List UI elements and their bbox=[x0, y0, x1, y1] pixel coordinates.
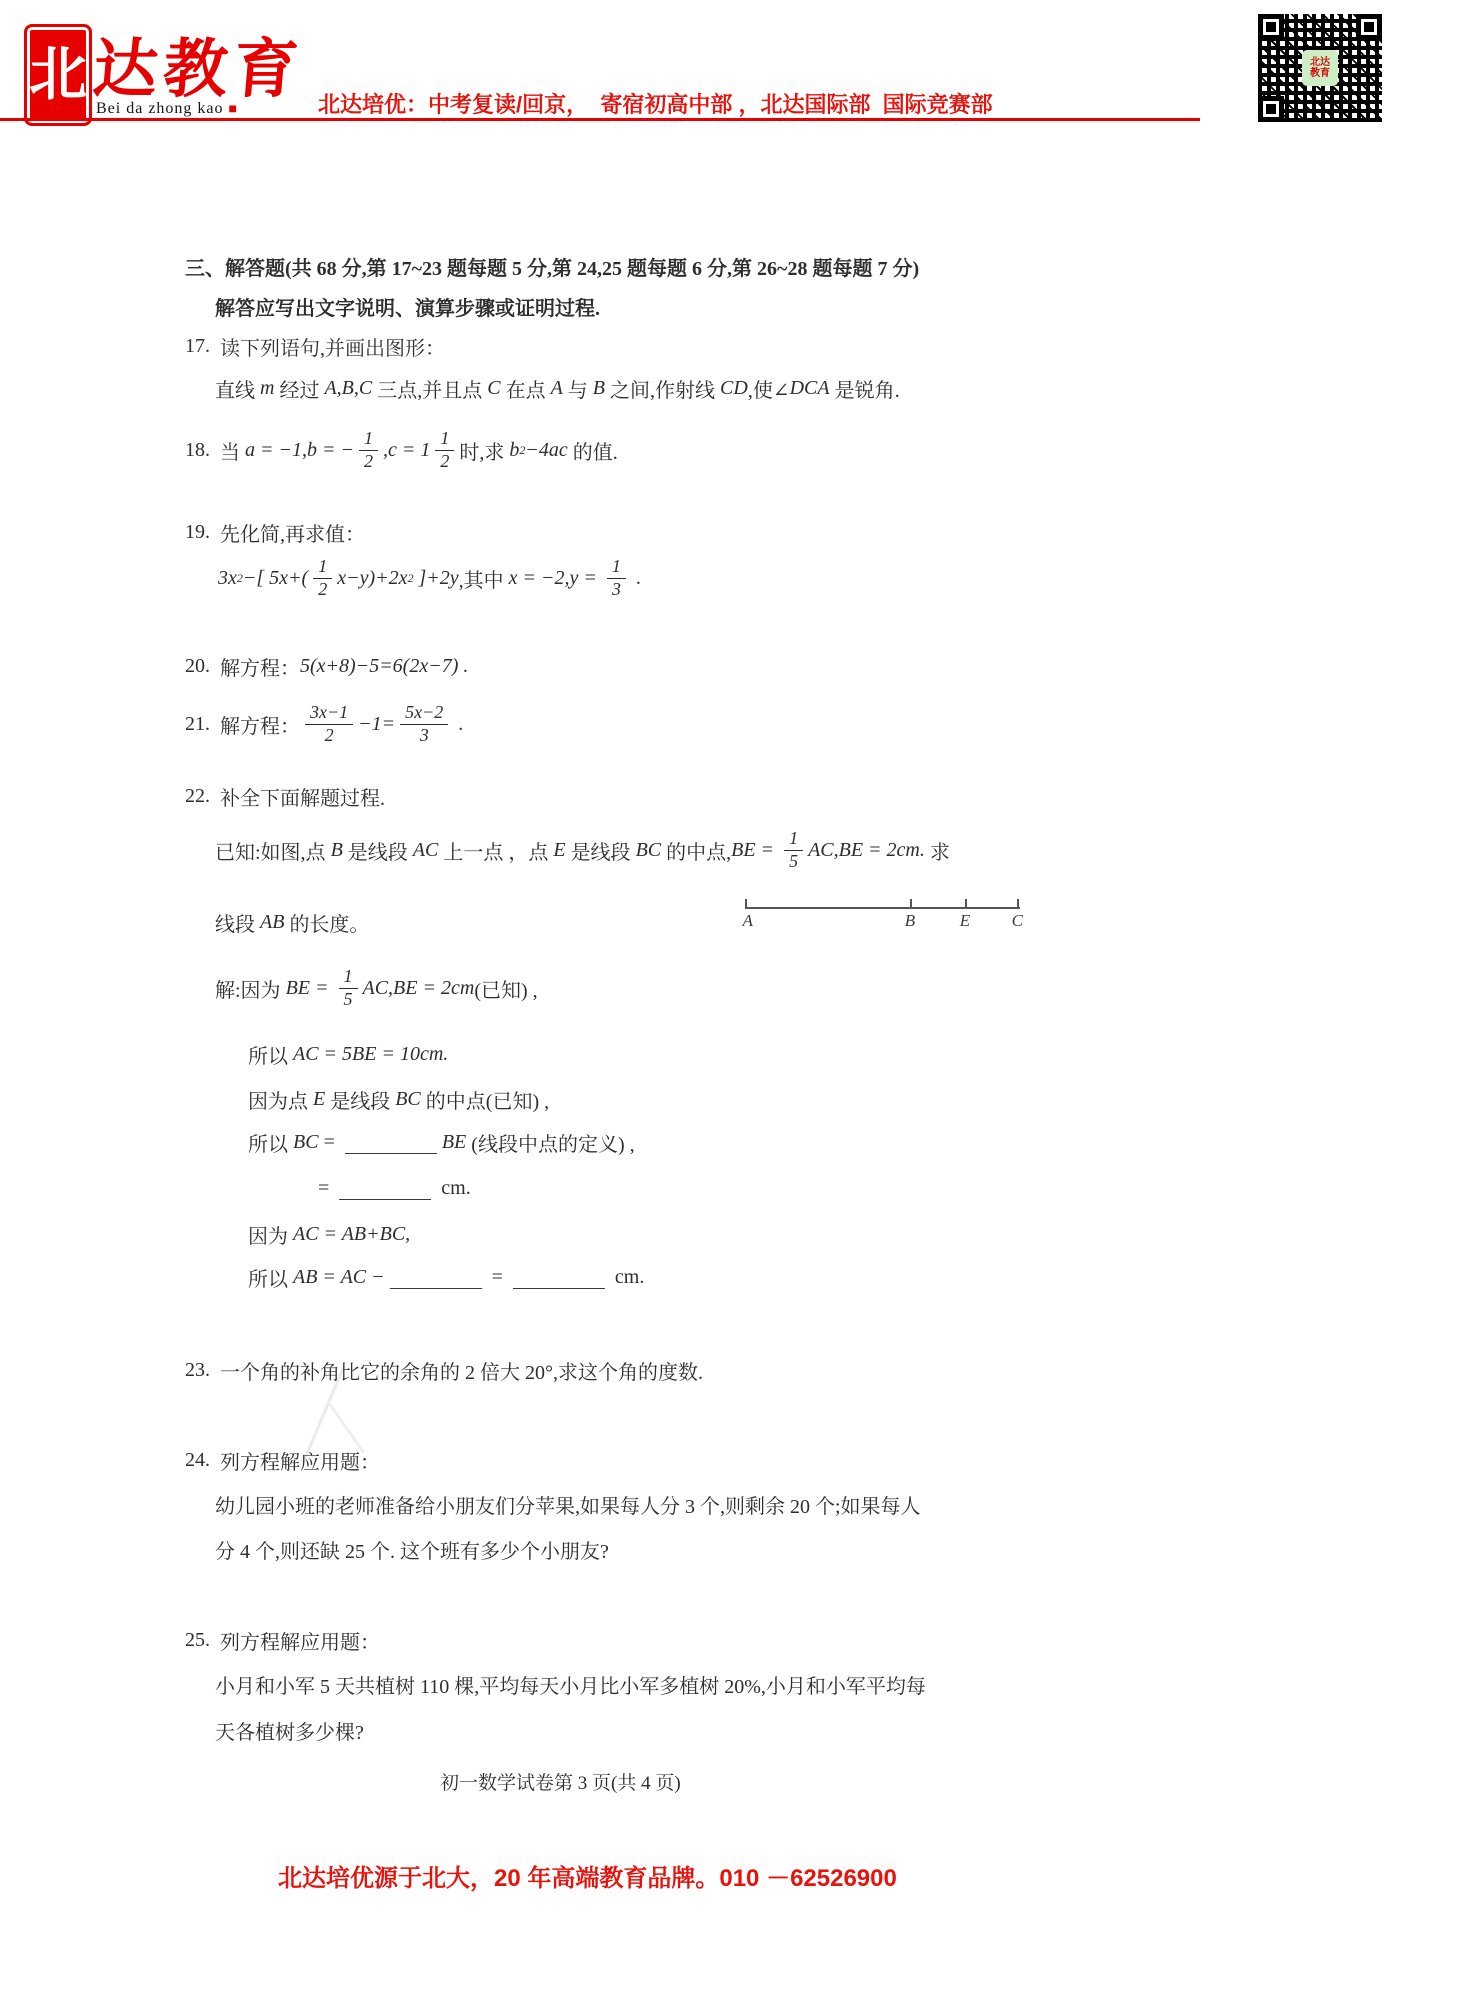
question-22-intro: 22. 补全下面解题过程. bbox=[185, 782, 385, 811]
header-divider bbox=[0, 118, 1200, 121]
q22-intro-text: 补全下面解题过程. bbox=[220, 782, 385, 811]
q17-intro-text: 读下列语句,并画出图形： bbox=[220, 332, 445, 361]
q19-math: 3x bbox=[218, 567, 237, 590]
brand-subtitle: Bei da zhong kao ■ bbox=[96, 100, 238, 118]
question-24-intro: 24. 列方程解应用题： bbox=[185, 1446, 380, 1475]
q19-text: . bbox=[631, 567, 641, 590]
q20-equation: 5(x+8)−5=6(2x−7) . bbox=[300, 655, 468, 678]
q25-intro-text: 列方程解应用题： bbox=[220, 1626, 380, 1655]
q22-sol-math: BC bbox=[293, 1131, 319, 1154]
q19-text: ,其中 bbox=[459, 564, 509, 593]
tick-B bbox=[910, 899, 912, 909]
brand-seal-logo: 北 bbox=[24, 24, 92, 126]
header-slogan: 北达培优：中考复读/回京， 寄宿初高中部 ，北达国际部 国际竞赛部 bbox=[318, 88, 993, 119]
q18-math: −4ac bbox=[525, 439, 567, 462]
q25-body-text: 天各植树多少棵? bbox=[215, 1716, 364, 1745]
q22-sol-math: AB = AC − bbox=[293, 1266, 385, 1289]
question-20: 20. 解方程： 5(x+8)−5=6(2x−7) . bbox=[185, 652, 468, 681]
q22-sol-math: AC,BE = 2cm bbox=[363, 977, 475, 1000]
qr-center-line1: 北达 bbox=[1310, 57, 1330, 69]
q19-fraction-1: 12 bbox=[313, 556, 332, 600]
qr-center-logo: 北达 教育 bbox=[1302, 50, 1338, 86]
question-24-line1: 幼儿园小班的老师准备给小朋友们分苹果,如果每人分 3 个,则剩余 20 个;如果… bbox=[215, 1490, 921, 1519]
brand-subtitle-text: Bei da zhong kao bbox=[96, 100, 229, 117]
q22-sfrac-num: 1 bbox=[339, 966, 358, 989]
q18-math: a = −1,b = − bbox=[245, 439, 354, 462]
q22-sol-math: E bbox=[313, 1088, 325, 1111]
q18-frac1-den: 2 bbox=[359, 451, 378, 473]
q21-text: . bbox=[453, 713, 463, 736]
q22-seg: 求 bbox=[925, 836, 950, 865]
question-18: 18. 当 a = −1,b = − 12 ,c = 1 12 时,求 b2−4… bbox=[185, 428, 618, 472]
q22-var: AC bbox=[808, 839, 834, 862]
q22-gfrac-den: 5 bbox=[784, 851, 803, 873]
q17-seg: ,使∠ bbox=[748, 374, 790, 403]
q22-sol-math: BE = bbox=[286, 977, 334, 1000]
question-19-formula: 3x2−[ 5x+( 12 x−y)+2x2 ]+2y ,其中 x = −2,y… bbox=[218, 556, 641, 600]
qr-center-line2: 教育 bbox=[1310, 68, 1330, 80]
q24-intro-text: 列方程解应用题： bbox=[220, 1446, 380, 1475]
q22-gfrac-num: 1 bbox=[784, 828, 803, 851]
tick-E bbox=[965, 899, 967, 909]
q22-var: B bbox=[331, 839, 343, 862]
q19-frac1-den: 2 bbox=[313, 579, 332, 601]
question-24-line2: 分 4 个,则还缺 25 个. 这个班有多少个小朋友? bbox=[215, 1535, 609, 1564]
q22-sol-text: 因为点 bbox=[248, 1085, 313, 1114]
question-25-line2: 天各植树多少棵? bbox=[215, 1716, 364, 1745]
q22-sol-text: (线段中点的定义) , bbox=[466, 1128, 634, 1157]
brand-subtitle-bullet: ■ bbox=[229, 102, 238, 117]
q17-number: 17. bbox=[185, 335, 210, 358]
q21-frac1-num: 3x−1 bbox=[305, 702, 353, 725]
q22-sol-text: 所以 bbox=[248, 1128, 293, 1157]
q24-body-text: 幼儿园小班的老师准备给小朋友们分苹果,如果每人分 3 个,则剩余 20 个;如果… bbox=[215, 1490, 921, 1519]
q22-sol-fraction: 15 bbox=[339, 966, 358, 1010]
q22-solution-line4: 所以 BC = BE (线段中点的定义) , bbox=[248, 1128, 635, 1157]
q25-number: 25. bbox=[185, 1629, 210, 1652]
q23-number: 23. bbox=[185, 1359, 210, 1382]
q19-intro-text: 先化简,再求值： bbox=[220, 518, 365, 547]
q19-frac1-num: 1 bbox=[313, 556, 332, 579]
q19-frac2-num: 1 bbox=[607, 556, 626, 579]
section-title-text: 三、解答题(共 68 分,第 17~23 题每题 5 分,第 24,25 题每题… bbox=[185, 252, 919, 281]
label-E: E bbox=[960, 911, 970, 931]
fill-in-blank bbox=[345, 1132, 437, 1154]
qr-finder-top-right bbox=[1356, 14, 1382, 40]
q22-given-fraction: 15 bbox=[784, 828, 803, 872]
question-22-given: 已知:如图,点 B 是线段 AC 上一点 ，点 E 是线段 BC 的中点,BE … bbox=[215, 828, 950, 872]
q19-math: −[ 5x+( bbox=[243, 567, 308, 590]
q17-seg: 三点,并且点 bbox=[372, 374, 487, 403]
q22-seg: 上一点 ，点 bbox=[438, 836, 553, 865]
q22-sol-text: (已知) , bbox=[474, 974, 537, 1003]
section-note-text: 解答应写出文字说明、演算步骤或证明过程. bbox=[215, 292, 600, 321]
q22-seg: 的长度。 bbox=[284, 908, 369, 937]
q22-sol-text: cm. bbox=[436, 1177, 470, 1200]
brand-seal-character: 北 bbox=[29, 46, 87, 104]
fill-in-blank bbox=[339, 1178, 431, 1200]
q22-sol-math: BE bbox=[442, 1131, 466, 1154]
q22-seg: 已知:如图,点 bbox=[215, 836, 331, 865]
q18-text: 时,求 bbox=[459, 436, 509, 465]
q20-number: 20. bbox=[185, 655, 210, 678]
q24-body-text: 分 4 个,则还缺 25 个. 这个班有多少个小朋友? bbox=[215, 1535, 609, 1564]
q22-number: 22. bbox=[185, 785, 210, 808]
q19-math: x−y)+2x bbox=[337, 567, 407, 590]
q19-fraction-2: 13 bbox=[607, 556, 626, 600]
tick-C bbox=[1017, 899, 1019, 909]
q22-solution-line7: 所以 AB = AC − = cm. bbox=[248, 1263, 644, 1292]
q18-fraction-2: 12 bbox=[435, 428, 454, 472]
q22-sol-text: cm. bbox=[610, 1266, 644, 1289]
q25-body-text: 小月和小军 5 天共植树 110 棵,平均每天小月比小军多植树 20%,小月和小… bbox=[215, 1670, 926, 1699]
q17-seg: 直线 bbox=[215, 374, 260, 403]
page-number-info: 初一数学试卷第 3 页(共 4 页) bbox=[440, 1768, 681, 1795]
q22-seg: 的中点, bbox=[661, 836, 731, 865]
tick-A bbox=[745, 899, 747, 909]
q22-sol-text: = bbox=[318, 1177, 334, 1200]
q22-sol-text: 解:因为 bbox=[215, 974, 286, 1003]
q22-solution-line3: 因为点 E 是线段 BC 的中点(已知) , bbox=[248, 1085, 549, 1114]
segment-figure: A B E C bbox=[745, 893, 1020, 935]
qr-code: 北达 教育 bbox=[1256, 12, 1384, 124]
exam-page: 北 达教育 Bei da zhong kao ■ 北达培优：中考复读/回京， 寄… bbox=[0, 0, 1476, 2008]
q22-sol-text: = bbox=[319, 1131, 340, 1154]
question-25-intro: 25. 列方程解应用题： bbox=[185, 1626, 380, 1655]
q17-var: A,B,C bbox=[324, 377, 372, 400]
q22-var: AB bbox=[260, 911, 284, 934]
q18-math: ,c = 1 bbox=[383, 439, 430, 462]
q24-number: 24. bbox=[185, 1449, 210, 1472]
question-22-given-line2: 线段 AB 的长度。 bbox=[215, 908, 369, 937]
q20-label: 解方程： bbox=[220, 652, 300, 681]
q21-math: −1= bbox=[358, 713, 395, 736]
q22-math: ,BE = 2cm. bbox=[834, 839, 925, 862]
q18-frac1-num: 1 bbox=[359, 428, 378, 451]
q22-solution-line6: 因为 AC = AB+BC, bbox=[248, 1220, 410, 1249]
q21-fraction-1: 3x−12 bbox=[305, 702, 353, 746]
q17-seg: 经过 bbox=[274, 374, 324, 403]
section-title: 三、解答题(共 68 分,第 17~23 题每题 5 分,第 24,25 题每题… bbox=[185, 252, 919, 281]
q18-frac2-den: 2 bbox=[435, 451, 454, 473]
q22-solution-line2: 所以 AC = 5BE = 10cm. bbox=[248, 1040, 448, 1069]
q21-number: 21. bbox=[185, 713, 210, 736]
question-19-intro: 19. 先化简,再求值： bbox=[185, 518, 365, 547]
q17-seg: 是锐角. bbox=[830, 374, 900, 403]
q18-number: 18. bbox=[185, 439, 210, 462]
q22-sol-math: AC = 5BE = 10cm. bbox=[293, 1043, 448, 1066]
q22-seg: 是线段 bbox=[566, 836, 636, 865]
q19-math: x = −2,y = bbox=[509, 567, 602, 590]
q19-number: 19. bbox=[185, 521, 210, 544]
segment-line bbox=[745, 907, 1020, 909]
fill-in-blank bbox=[513, 1267, 605, 1289]
q18-text: 的值. bbox=[568, 436, 618, 465]
question-21: 21. 解方程： 3x−12 −1= 5x−23 . bbox=[185, 702, 463, 746]
q22-sol-text: 所以 bbox=[248, 1263, 293, 1292]
q18-math: b bbox=[509, 439, 519, 462]
q17-var: CD bbox=[720, 377, 748, 400]
q22-sol-text: 的中点(已知) , bbox=[421, 1085, 549, 1114]
q18-frac2-num: 1 bbox=[435, 428, 454, 451]
q17-var: B bbox=[593, 377, 605, 400]
q22-sol-text: 所以 bbox=[248, 1040, 293, 1069]
q22-var: BC bbox=[636, 839, 662, 862]
q19-frac2-den: 3 bbox=[607, 579, 626, 601]
fill-in-blank bbox=[390, 1267, 482, 1289]
question-17-body: 直线 m 经过 A,B,C 三点,并且点 C 在点 A 与 B 之间,作射线 C… bbox=[215, 374, 900, 403]
label-A: A bbox=[743, 911, 753, 931]
qr-finder-bottom-left bbox=[1258, 96, 1284, 122]
q22-sol-text: 是线段 bbox=[325, 1085, 395, 1114]
q18-fraction-1: 12 bbox=[359, 428, 378, 472]
qr-finder-top-left bbox=[1258, 14, 1284, 40]
label-C: C bbox=[1012, 911, 1023, 931]
q22-sol-text: = bbox=[487, 1266, 508, 1289]
q22-seg: 线段 bbox=[215, 908, 260, 937]
q21-frac2-num: 5x−2 bbox=[400, 702, 448, 725]
q21-frac1-den: 2 bbox=[320, 725, 339, 747]
q17-var: DCA bbox=[790, 377, 830, 400]
q23-text: 一个角的补角比它的余角的 2 倍大 20°,求这个角的度数. bbox=[220, 1356, 703, 1385]
q17-seg: 在点 bbox=[501, 374, 551, 403]
q18-text: 当 bbox=[220, 436, 245, 465]
q22-solution-line1: 解:因为 BE = 15 AC,BE = 2cm (已知) , bbox=[215, 966, 538, 1010]
q22-sfrac-den: 5 bbox=[339, 989, 358, 1011]
q22-sol-text: 因为 bbox=[248, 1220, 293, 1249]
question-17-intro: 17. 读下列语句,并画出图形： bbox=[185, 332, 445, 361]
q21-fraction-2: 5x−23 bbox=[400, 702, 448, 746]
q21-frac2-den: 3 bbox=[415, 725, 434, 747]
q19-math: ]+2y bbox=[414, 567, 459, 590]
q17-var: C bbox=[487, 377, 500, 400]
q22-solution-line5: = cm. bbox=[318, 1177, 471, 1200]
q22-sol-math: BC bbox=[395, 1088, 421, 1111]
label-B: B bbox=[905, 911, 915, 931]
q22-var: AC bbox=[413, 839, 439, 862]
q22-seg: 是线段 bbox=[343, 836, 413, 865]
q21-label: 解方程： bbox=[220, 710, 300, 739]
question-23: 23. 一个角的补角比它的余角的 2 倍大 20°,求这个角的度数. bbox=[185, 1356, 703, 1385]
brand-calligraphy-text: 达教育 bbox=[90, 18, 308, 110]
section-note: 解答应写出文字说明、演算步骤或证明过程. bbox=[215, 292, 600, 321]
q17-seg: 与 bbox=[563, 374, 593, 403]
footer-slogan: 北达培优源于北大，20 年高端教育品牌。010 －62526900 bbox=[278, 1858, 897, 1893]
q17-var: A bbox=[551, 377, 563, 400]
q22-var: BE = bbox=[731, 839, 779, 862]
q22-sol-math: AC = AB+BC, bbox=[293, 1223, 410, 1246]
q22-var: E bbox=[553, 839, 565, 862]
q17-seg: 之间,作射线 bbox=[605, 374, 720, 403]
q17-var: m bbox=[260, 377, 274, 400]
question-25-line1: 小月和小军 5 天共植树 110 棵,平均每天小月比小军多植树 20%,小月和小… bbox=[215, 1670, 926, 1699]
